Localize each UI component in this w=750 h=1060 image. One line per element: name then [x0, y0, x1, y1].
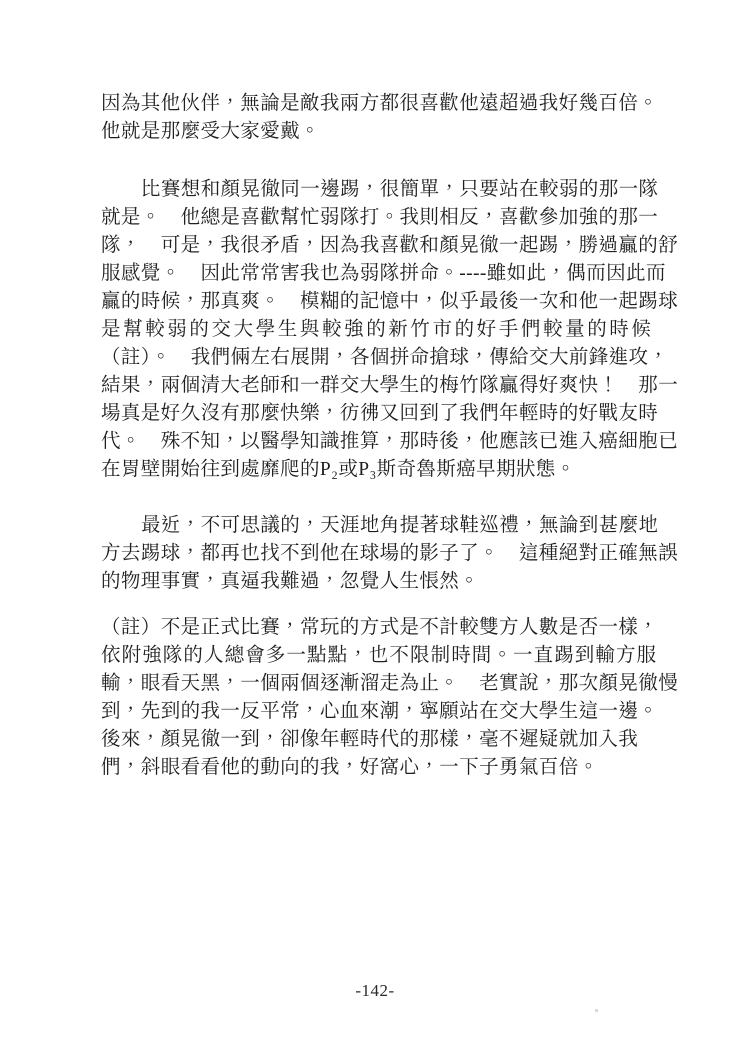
paragraph: 比賽想和顏晃徹同一邊踢，很簡單，只要站在較弱的那一隊 就是。 他總是喜歡幫忙弱隊…	[101, 176, 653, 484]
text-line: （註）。 我們倆左右展開，各個拼命搶球，傳給交大前鋒進攻，	[101, 344, 653, 372]
text-line: 到，先到的我一反平常，心血來潮，寧願站在交大學生這一邊。	[101, 698, 653, 726]
paragraph: （註）不是正式比賽，常玩的方式是不計較雙方人數是否一樣， 依附強隊的人總會多一點…	[101, 614, 653, 782]
text-line: 比賽想和顏晃徹同一邊踢，很簡單，只要站在較弱的那一隊	[101, 176, 653, 204]
document-page: 因為其他伙伴，無論是敵我兩方都很喜歡他遠超過我好幾百倍。 他就是那麼受大家愛戴。…	[0, 0, 750, 1060]
text-line: 在胃壁開始往到處靡爬的P₂或P₃斯奇魯斯癌早期狀態。	[101, 456, 653, 484]
page-number: -142-	[0, 981, 750, 1001]
text-line: 是幫較弱的交大學生與較強的新竹市的好手們較量的時候	[101, 316, 653, 344]
text-line: 服感覺。 因此常常害我也為弱隊拼命。----雖如此，偶而因此而	[101, 260, 653, 288]
text-line: 場真是好久沒有那麼快樂，彷彿又回到了我們年輕時的好戰友時	[101, 400, 653, 428]
text-line: 贏的時候，那真爽。 模糊的記憶中，似乎最後一次和他一起踢球	[101, 288, 653, 316]
text-line: 最近，不可思議的，天涯地角提著球鞋巡禮，無論到甚麼地	[101, 512, 653, 540]
text-line: （註）不是正式比賽，常玩的方式是不計較雙方人數是否一樣，	[101, 614, 653, 642]
text-line: 因為其他伙伴，無論是敵我兩方都很喜歡他遠超過我好幾百倍。	[101, 90, 653, 118]
text-line: 輸，眼看天黑，一個兩個逐漸溜走為止。 老實說，那次顏晃徹慢	[101, 670, 653, 698]
paragraph: 因為其他伙伴，無論是敵我兩方都很喜歡他遠超過我好幾百倍。 他就是那麼受大家愛戴。	[101, 90, 653, 146]
text-line: 隊， 可是，我很矛盾，因為我喜歡和顏晃徹一起踢，勝過贏的舒	[101, 232, 653, 260]
text-line: 依附強隊的人總會多一點點，也不限制時間。一直踢到輸方服	[101, 642, 653, 670]
scan-artifact	[595, 1009, 598, 1012]
text-line: 結果，兩個清大老師和一群交大學生的梅竹隊贏得好爽快！ 那一	[101, 372, 653, 400]
text-line: 代。 殊不知，以醫學知識推算，那時後，他應該已進入癌細胞已	[101, 428, 653, 456]
text-line: 後來，顏晃徹一到，卻像年輕時代的那樣，毫不遲疑就加入我	[101, 726, 653, 754]
text-line: 們，斜眼看看他的動向的我，好窩心，一下子勇氣百倍。	[101, 754, 653, 782]
paragraph: 最近，不可思議的，天涯地角提著球鞋巡禮，無論到甚麼地 方去踢球，都再也找不到他在…	[101, 512, 653, 596]
text-line: 方去踢球，都再也找不到他在球場的影子了。 這種絕對正確無誤	[101, 540, 653, 568]
text-line: 就是。 他總是喜歡幫忙弱隊打。我則相反，喜歡參加強的那一	[101, 204, 653, 232]
text-block: 因為其他伙伴，無論是敵我兩方都很喜歡他遠超過我好幾百倍。 他就是那麼受大家愛戴。…	[101, 90, 653, 782]
text-line: 他就是那麼受大家愛戴。	[101, 118, 653, 146]
text-line: 的物理事實，真逼我難過，忽覺人生悵然。	[101, 568, 653, 596]
